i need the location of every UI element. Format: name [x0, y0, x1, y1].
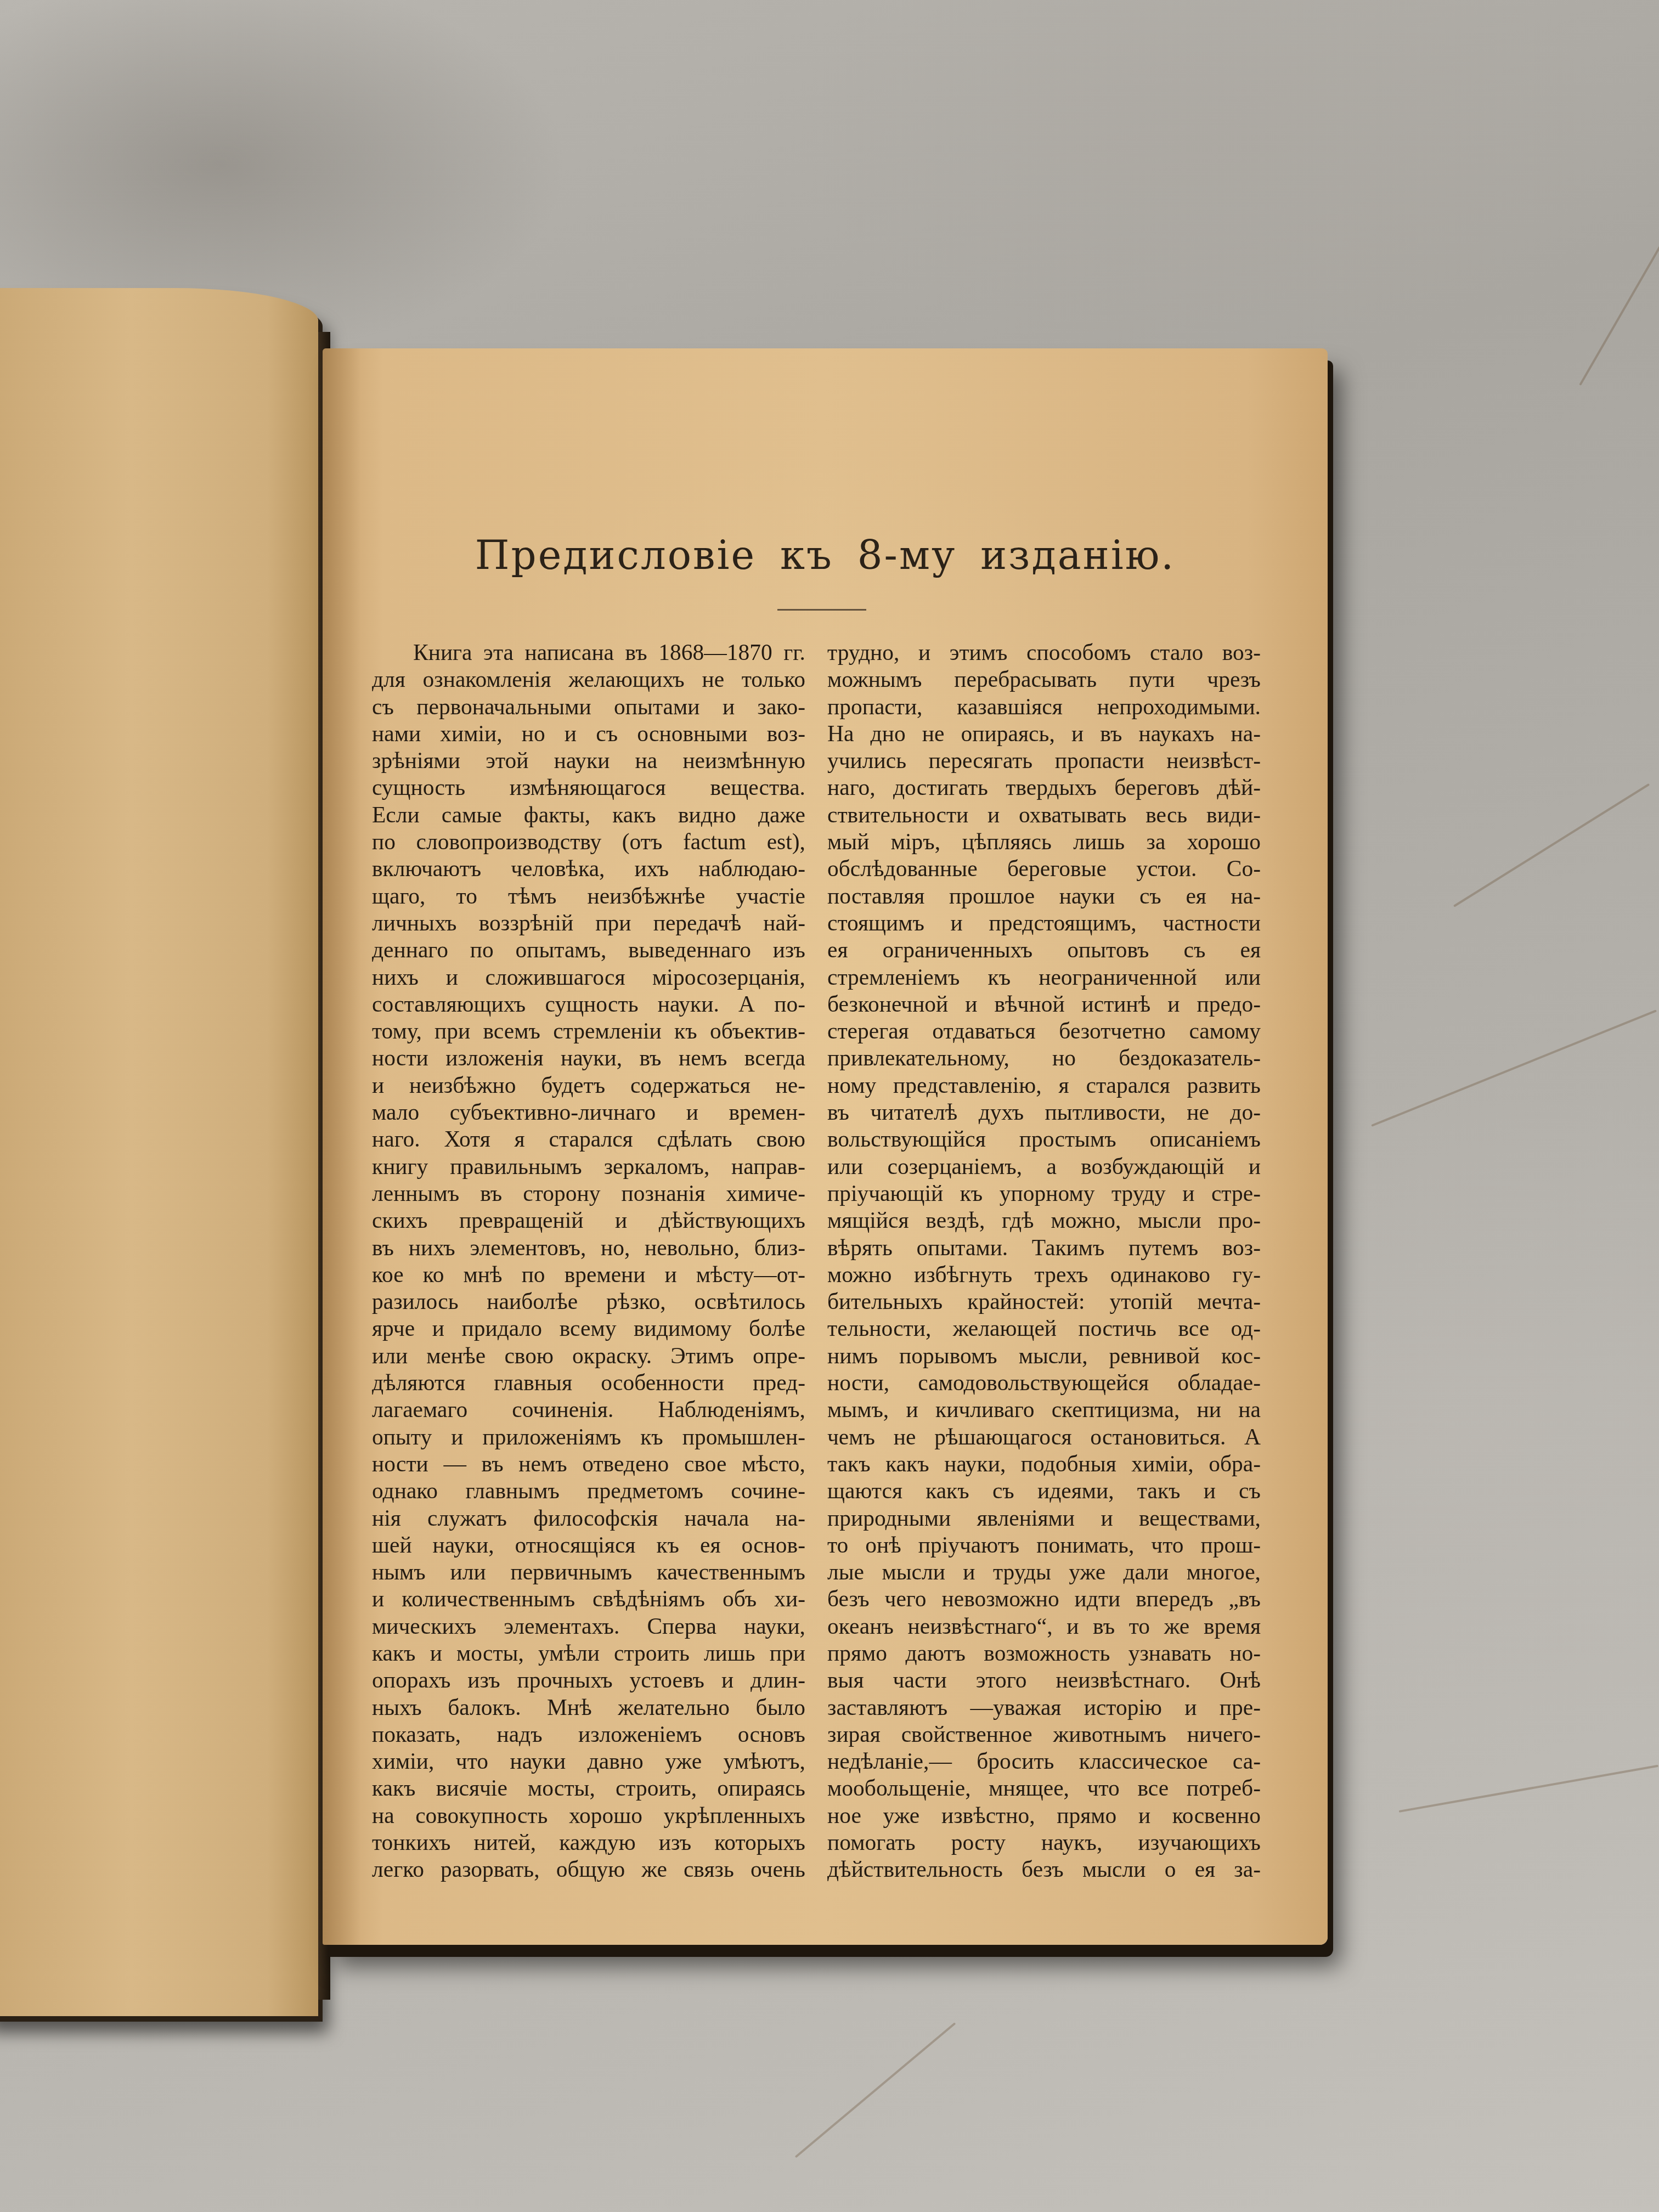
text-line: книгу правильнымъ зеркаломъ, направ- — [372, 1153, 805, 1180]
text-line: Если самые факты, какъ видно даже — [372, 802, 805, 828]
text-line: какъ и мосты, умѣли строить лишь при — [372, 1640, 805, 1667]
text-line: ности изложенія науки, въ немъ всегда — [372, 1045, 805, 1071]
text-line: мообольщеніе, мнящее, что все потреб- — [827, 1775, 1261, 1802]
text-line: поставляя прошлое науки съ ея на- — [827, 883, 1261, 910]
text-line: стерегая отдаваться безотчетно самому — [827, 1018, 1261, 1045]
text-line: наго, достигать твердыхъ береговъ дѣй- — [827, 774, 1261, 801]
text-line: вольствующійся простымъ описаніемъ — [827, 1126, 1261, 1153]
text-line: ствительности и охватывать весь види- — [827, 802, 1261, 828]
text-line: недѣланіе,— бросить классическое са- — [827, 1748, 1261, 1775]
text-line: составляющихъ сущность науки. А по- — [372, 991, 805, 1018]
text-line: На дно не опираясь, и въ наукахъ на- — [827, 720, 1261, 747]
left-page — [0, 288, 318, 2016]
text-line: обслѣдованные береговые устои. Со- — [827, 855, 1261, 882]
text-line: деннаго по опытамъ, выведеннаго изъ — [372, 936, 805, 963]
marble-vein — [1453, 783, 1650, 907]
text-line: включаютъ человѣка, ихъ наблюдаю- — [372, 855, 805, 882]
text-line: нымъ или первичнымъ качественнымъ — [372, 1559, 805, 1585]
text-line: ея ограниченныхъ опытовъ съ ея — [827, 936, 1261, 963]
text-line: ному представленію, я старался развить — [827, 1072, 1261, 1099]
text-line: ное уже извѣстно, прямо и косвенно — [827, 1802, 1261, 1829]
text-line: безъ чего невозможно идти впередъ „въ — [827, 1585, 1261, 1612]
text-line: показать, надъ изложеніемъ основъ — [372, 1721, 805, 1748]
text-line: дѣйствительность безъ мысли о ея за- — [827, 1856, 1261, 1883]
text-line: вѣрять опытами. Такимъ путемъ воз- — [827, 1234, 1261, 1261]
text-line: океанъ неизвѣстнаго“, и въ то же время — [827, 1613, 1261, 1640]
text-line: мическихъ элементахъ. Сперва науки, — [372, 1613, 805, 1640]
text-line: нія служатъ философскія начала на- — [372, 1505, 805, 1532]
text-line: въ нихъ элементовъ, но, невольно, близ- — [372, 1234, 805, 1261]
page-title: Предисловіе къ 8-му изданію. — [323, 532, 1328, 578]
spine-shadow — [323, 348, 361, 1945]
text-line: нихъ и сложившагося міросозерцанія, — [372, 964, 805, 991]
text-line: личныхъ воззрѣній при передачѣ най- — [372, 910, 805, 936]
text-line: опорахъ изъ прочныхъ устоевъ и длин- — [372, 1667, 805, 1694]
text-line: лые мысли и труды уже дали многое, — [827, 1559, 1261, 1585]
text-line: дѣляются главныя особенности пред- — [372, 1369, 805, 1396]
text-line: щаются какъ съ идеями, такъ и съ — [827, 1477, 1261, 1504]
marble-vein — [1371, 1009, 1657, 1126]
text-line: чемъ не рѣшающагося остановиться. А — [827, 1424, 1261, 1451]
text-line: ярче и придало всему видимому болѣе — [372, 1315, 805, 1342]
text-line: щаго, то тѣмъ неизбѣжнѣе участіе — [372, 883, 805, 910]
text-line: заставляютъ —уважая исторію и пре- — [827, 1694, 1261, 1721]
text-line: и количественнымъ свѣдѣніямъ объ хи- — [372, 1585, 805, 1612]
text-line: кое ко мнѣ по времени и мѣсту—от- — [372, 1261, 805, 1288]
text-line: леннымъ въ сторону познанія химиче- — [372, 1180, 805, 1207]
text-line: ности, самодовольствующейся обладае- — [827, 1369, 1261, 1396]
text-line: тому, при всемъ стремленіи къ объектив- — [372, 1018, 805, 1045]
text-column-right: трудно, и этимъ способомъ стало воз- мож… — [827, 639, 1261, 1883]
text-line: помогать росту наукъ, изучающихъ — [827, 1829, 1261, 1856]
text-line: однако главнымъ предметомъ сочине- — [372, 1477, 805, 1504]
text-line: бительныхъ крайностей: утопій мечта- — [827, 1288, 1261, 1315]
text-line: привлекательному, но бездоказатель- — [827, 1045, 1261, 1071]
text-line: нимъ порывомъ мысли, ревнивой кос- — [827, 1342, 1261, 1369]
text-line: пропасти, казавшіяся непроходимыми. — [827, 693, 1261, 720]
text-line: опыту и приложеніямъ къ промышлен- — [372, 1424, 805, 1451]
marble-vein — [1579, 242, 1659, 386]
text-line: мымъ, и кичливаго скептицизма, ни на — [827, 1396, 1261, 1423]
text-line: на совокупность хорошо укрѣпленныхъ — [372, 1802, 805, 1829]
text-line: наго. Хотя я старался сдѣлать свою — [372, 1126, 805, 1153]
text-line: зрѣніями этой науки на неизмѣнную — [372, 747, 805, 774]
text-line: въ читателѣ духъ пытливости, не до- — [827, 1099, 1261, 1126]
text-line: мящійся вездѣ, гдѣ можно, мысли про- — [827, 1207, 1261, 1234]
text-line: нами химіи, но и съ основными воз- — [372, 720, 805, 747]
text-line: ныхъ балокъ. Мнѣ желательно было — [372, 1694, 805, 1721]
text-line: то онѣ пріучаютъ понимать, что прош- — [827, 1532, 1261, 1559]
text-line: какъ висячіе мосты, строить, опираясь — [372, 1775, 805, 1802]
text-line: легко разорвать, общую же связь очень — [372, 1856, 805, 1883]
text-line: зирая свойственное животнымъ ничего- — [827, 1721, 1261, 1748]
text-line: Книга эта написана въ 1868—1870 гг. — [372, 639, 805, 666]
text-line: тельности, желающей постичь все од- — [827, 1315, 1261, 1342]
text-line: стоящимъ и предстоящимъ, частности — [827, 910, 1261, 936]
marble-vein — [795, 2022, 956, 2158]
text-line: химіи, что науки давно уже умѣютъ, — [372, 1748, 805, 1775]
title-rule — [777, 609, 866, 611]
text-line: учились пересягать пропасти неизвѣст- — [827, 747, 1261, 774]
text-line: прямо даютъ возможность узнавать но- — [827, 1640, 1261, 1667]
text-line: безконечной и вѣчной истинѣ и предо- — [827, 991, 1261, 1018]
text-line: шей науки, относящіяся къ ея основ- — [372, 1532, 805, 1559]
text-column-left: Книга эта написана въ 1868—1870 гг. для … — [372, 639, 805, 1883]
text-line: мало субъективно-личнаго и времен- — [372, 1099, 805, 1126]
text-line: мый міръ, цѣпляясь лишь за хорошо — [827, 828, 1261, 855]
text-line: такъ какъ науки, подобныя химіи, обра- — [827, 1451, 1261, 1477]
text-line: сущность измѣняющагося вещества. — [372, 774, 805, 801]
text-line: и неизбѣжно будетъ содержаться не- — [372, 1072, 805, 1099]
text-line: или созерцаніемъ, а возбуждающій и — [827, 1153, 1261, 1180]
text-line: по словопроизводству (отъ factum est), — [372, 828, 805, 855]
text-line: съ первоначальными опытами и зако- — [372, 693, 805, 720]
text-line: стремленіемъ къ неограниченной или — [827, 964, 1261, 991]
text-line: можнымъ перебрасывать пути чрезъ — [827, 666, 1261, 693]
marble-vein — [1399, 1765, 1658, 1813]
text-line: можно избѣгнуть трехъ одинаково гу- — [827, 1261, 1261, 1288]
text-line: трудно, и этимъ способомъ стало воз- — [827, 639, 1261, 666]
text-line: или менѣе свою окраску. Этимъ опре- — [372, 1342, 805, 1369]
text-line: для ознакомленія желающихъ не только — [372, 666, 805, 693]
text-line: природными явленіями и веществами, — [827, 1505, 1261, 1532]
text-line: скихъ превращеній и дѣйствующихъ — [372, 1207, 805, 1234]
text-line: тонкихъ нитей, каждую изъ которыхъ — [372, 1829, 805, 1856]
text-line: разилось наиболѣе рѣзко, освѣтилось — [372, 1288, 805, 1315]
text-line: лагаемаго сочиненія. Наблюденіямъ, — [372, 1396, 805, 1423]
right-page: Предисловіе къ 8-му изданію. Книга эта н… — [323, 348, 1328, 1945]
text-line: выя части этого неизвѣстнаго. Онѣ — [827, 1667, 1261, 1694]
text-line: пріучающій къ упорному труду и стре- — [827, 1180, 1261, 1207]
text-line: ности — въ немъ отведено свое мѣсто, — [372, 1451, 805, 1477]
